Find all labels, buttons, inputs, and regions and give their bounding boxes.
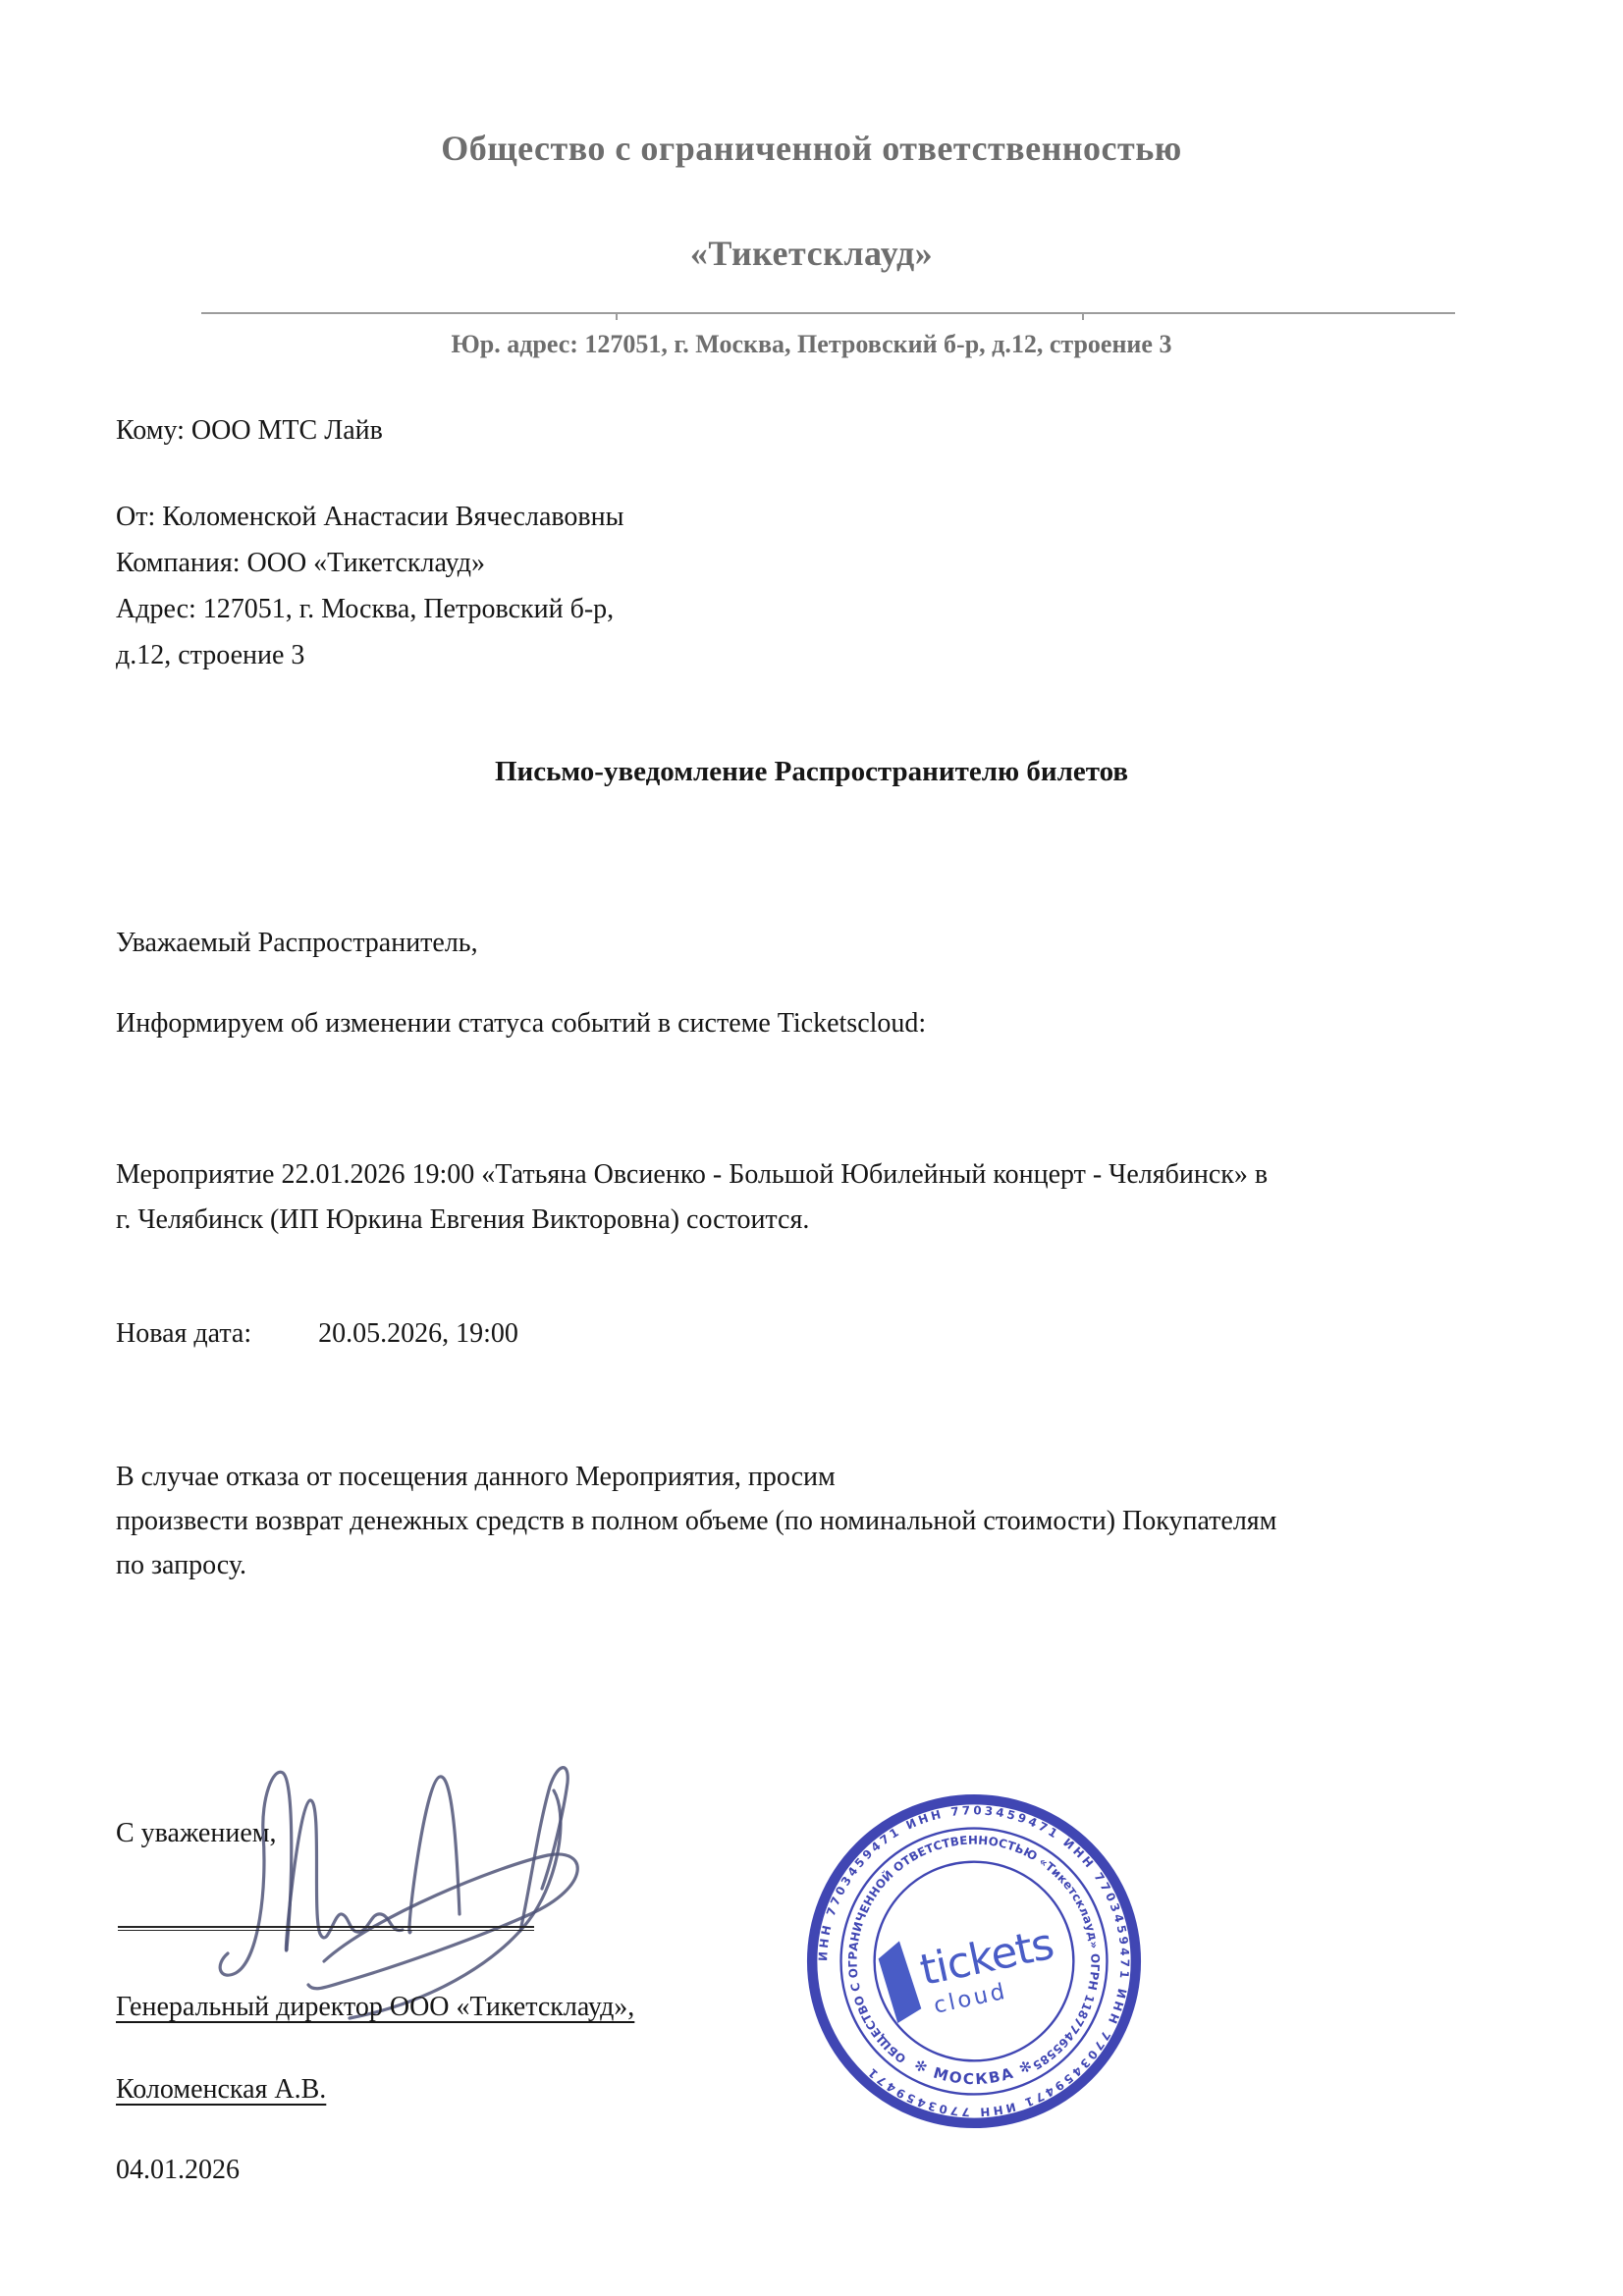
event-status-paragraph: Мероприятие 22.01.2026 19:00 «Татьяна Ов…: [116, 1160, 1268, 1251]
recipient-to-line: Кому: ООО МТС Лайв: [116, 416, 383, 447]
handwritten-signature: [177, 1739, 609, 2034]
signer-title-line: Генеральный директор ООО «Тикетсклауд»,: [116, 1993, 634, 2023]
signer-name-line: Коломенская А.В.: [116, 2075, 326, 2106]
greeting-line: Уважаемый Распространитель,: [116, 929, 478, 959]
new-date-label: Новая дата:: [116, 1318, 251, 1349]
company-round-stamp: ИНН 7703459471 ИНН 7703459471 ИНН 770345…: [797, 1785, 1151, 2138]
refund-line2: произвести возврат денежных средств в по…: [116, 1507, 1276, 1551]
sender-address-line1: Адрес: 127051, г. Москва, Петровский б-р…: [116, 595, 623, 641]
new-date-value: 20.05.2026, 19:00: [318, 1318, 518, 1349]
letterhead-org-name: «Тикетсклауд»: [0, 233, 1623, 274]
document-title: Письмо-уведомление Распространителю биле…: [0, 756, 1623, 788]
refund-paragraph: В случае отказа от посещения данного Мер…: [116, 1463, 1276, 1595]
letter-document: Общество с ограниченной ответственностью…: [0, 0, 1623, 2296]
event-status-line2: г. Челябинск (ИП Юркина Евгения Викторов…: [116, 1205, 1268, 1251]
signature-stroke: [409, 1777, 460, 1933]
letterhead-divider-tick: [616, 312, 618, 320]
event-status-line1: Мероприятие 22.01.2026 19:00 «Татьяна Ов…: [116, 1160, 1268, 1205]
intro-line: Информируем об изменении статуса событий…: [116, 1009, 926, 1040]
signature-date: 04.01.2026: [116, 2156, 240, 2186]
refund-line3: по запросу.: [116, 1551, 1276, 1595]
refund-line1: В случае отказа от посещения данного Мер…: [116, 1463, 1276, 1507]
sender-company-line: Компания: ООО «Тикетсклауд»: [116, 549, 623, 595]
sender-address-line2: д.12, строение 3: [116, 641, 623, 687]
sender-block: От: Коломенской Анастасии Вячеславовны К…: [116, 503, 623, 687]
signature-stroke: [220, 1772, 292, 1975]
letterhead-divider-tick: [1082, 312, 1084, 320]
letterhead-divider: [201, 312, 1455, 314]
stamp-center-logo: tickets cloud: [876, 1910, 1062, 2028]
sender-from-line: От: Коломенской Анастасии Вячеславовны: [116, 503, 623, 549]
new-date-line: Новая дата:20.05.2026, 19:00: [116, 1319, 518, 1350]
letterhead-org-type: Общество с ограниченной ответственностью: [0, 128, 1623, 169]
signature-line: [118, 1926, 534, 1931]
letterhead-legal-address: Юр. адрес: 127051, г. Москва, Петровский…: [0, 330, 1623, 359]
